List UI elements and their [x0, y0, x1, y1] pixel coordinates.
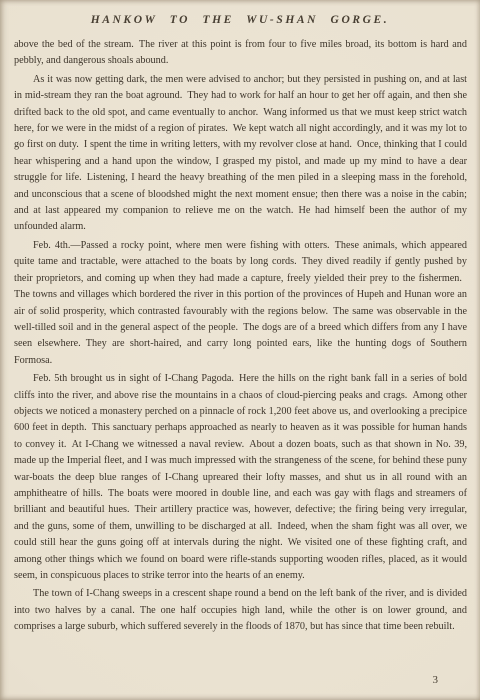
page-number: 3 — [433, 674, 439, 686]
page-text: above the bed of the stream. The river a… — [14, 37, 467, 636]
running-head: HANKOW TO THE WU-SHAN GORGE. — [0, 0, 480, 26]
book-page: HANKOW TO THE WU-SHAN GORGE. above the b… — [0, 0, 480, 700]
paragraph: Feb. 5th brought us in sight of I-Chang … — [14, 371, 467, 584]
paragraph: Feb. 4th.—Passed a rocky point, where me… — [14, 238, 467, 369]
paragraph: above the bed of the stream. The river a… — [14, 37, 467, 70]
paragraph: As it was now getting dark, the men were… — [14, 72, 467, 236]
paragraph: The town of I-Chang sweeps in a crescent… — [14, 586, 467, 635]
